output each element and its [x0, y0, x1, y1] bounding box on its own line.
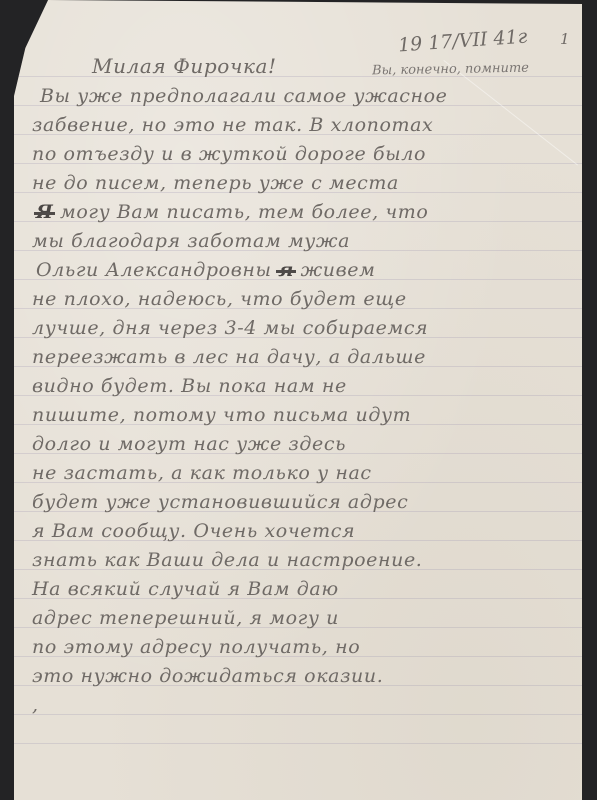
- ruled-line: [14, 743, 582, 744]
- letter-line: На всякий случай я Вам даю: [32, 578, 339, 600]
- letter-line: это нужно дожидаться оказии.: [32, 665, 383, 687]
- letter-line: по этому адресу получать, но: [32, 636, 360, 658]
- letter-line: пишите, потому что письма идут: [32, 404, 411, 426]
- letter-line-text: живем: [301, 259, 376, 281]
- page-number: 1: [560, 30, 570, 48]
- aside-note: Вы, конечно, помните: [372, 61, 529, 79]
- letter-line: не до писем, теперь уже с места: [32, 172, 399, 194]
- letter-line: Я могу Вам писать, тем более, что: [36, 201, 428, 223]
- struck-out-word: я: [278, 259, 294, 281]
- letter-line: не застать, а как только у нас: [32, 462, 372, 484]
- letter-line: забвение, но это не так. В хлопотах: [32, 114, 433, 136]
- letter-line: долго и могут нас уже здесь: [32, 433, 346, 455]
- letter-line: видно будет. Вы пока нам не: [32, 375, 347, 397]
- letter-line: Вы уже предполагали самое ужасное: [40, 85, 448, 107]
- letter-line: будет уже установившийся адрес: [32, 491, 408, 513]
- scanned-letter: 19 17/VII 41г 1 Вы, конечно, помните Мил…: [0, 0, 597, 800]
- letter-line: Ольги Александровны я живем: [36, 259, 375, 281]
- letter-line: по отъезду и в жуткой дороге было: [32, 143, 426, 165]
- letter-line: я Вам сообщу. Очень хочется: [32, 520, 355, 542]
- letter-line-text: Ольги Александровны: [36, 259, 272, 281]
- letter-line: адрес теперешний, я могу и: [32, 607, 339, 629]
- letter-line: знать как Ваши дела и настроение.: [32, 549, 422, 571]
- letter-line: ,: [32, 694, 39, 716]
- greeting: Милая Фирочка!: [92, 54, 277, 78]
- ruled-line: [14, 714, 582, 715]
- letter-line: не плохо, надеюсь, что будет еще: [32, 288, 407, 310]
- letter-line: переезжать в лес на дачу, а дальше: [32, 346, 426, 368]
- letter-line: мы благодаря заботам мужа: [32, 230, 350, 252]
- struck-out-word: Я: [36, 201, 53, 223]
- letter-line-text: могу Вам писать, тем более, что: [60, 201, 428, 223]
- letter-line: лучше, дня через 3-4 мы собираемся: [32, 317, 428, 339]
